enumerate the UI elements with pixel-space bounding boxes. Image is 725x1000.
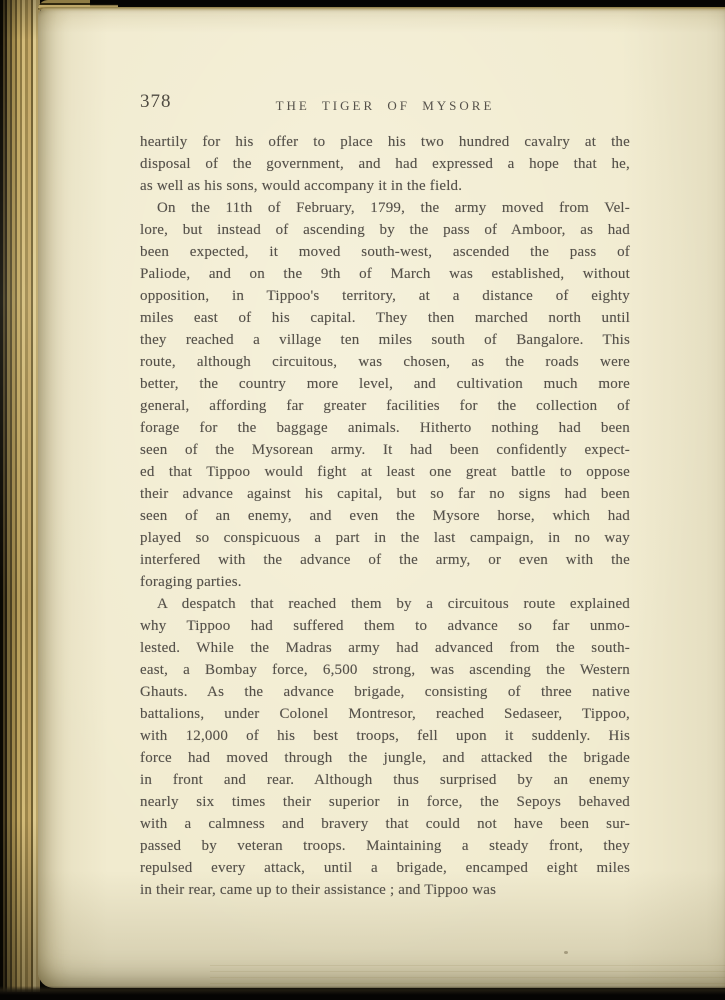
text-line: lested. While the Madras army had advanc…	[140, 637, 630, 659]
text-line: disposal of the government, and had expr…	[140, 153, 630, 175]
text-line: miles east of his capital. They then mar…	[140, 307, 630, 329]
page-text: heartily for his offer to place his two …	[140, 131, 630, 901]
book-page: 378 THE TIGER OF MYSORE heartily for his…	[38, 7, 725, 988]
text-line: ed that Tippoo would fight at least one …	[140, 461, 630, 483]
text-line: better, the country more level, and cult…	[140, 373, 630, 395]
text-line: with a calmness and bravery that could n…	[140, 813, 630, 835]
running-title: THE TIGER OF MYSORE	[140, 98, 630, 114]
text-line: why Tippoo had suffered them to advance …	[140, 615, 630, 637]
paragraph: A despatch that reached them by a circui…	[140, 593, 630, 901]
page-bottom-edges	[210, 960, 725, 988]
text-line: battalions, under Colonel Montresor, rea…	[140, 703, 630, 725]
text-line: force had moved through the jungle, and …	[140, 747, 630, 769]
text-line: in their rear, came up to their assistan…	[140, 879, 630, 901]
text-line: forage for the baggage animals. Hitherto…	[140, 417, 630, 439]
text-line: interfered with the advance of the army,…	[140, 549, 630, 571]
text-line: with 12,000 of his best troops, fell upo…	[140, 725, 630, 747]
text-line: they reached a village ten miles south o…	[140, 329, 630, 351]
text-line: A despatch that reached them by a circui…	[140, 593, 630, 615]
book-photo: 378 THE TIGER OF MYSORE heartily for his…	[0, 0, 725, 1000]
paragraph: heartily for his offer to place his two …	[140, 131, 630, 197]
text-line: foraging parties.	[140, 571, 630, 593]
text-line: their advance against his capital, but s…	[140, 483, 630, 505]
text-line: route, although circuitous, was chosen, …	[140, 351, 630, 373]
paper-speck	[564, 951, 568, 954]
text-line: opposition, in Tippoo's territory, at a …	[140, 285, 630, 307]
text-line: seen of the Mysorean army. It had been c…	[140, 439, 630, 461]
text-line: Ghauts. As the advance brigade, consisti…	[140, 681, 630, 703]
text-line: east, a Bombay force, 6,500 strong, was …	[140, 659, 630, 681]
text-line: as well as his sons, would accompany it …	[140, 175, 630, 197]
text-line: general, affording far greater facilitie…	[140, 395, 630, 417]
text-line: lore, but instead of ascending by the pa…	[140, 219, 630, 241]
book-page-edges	[0, 0, 40, 992]
text-line: in front and rear. Although thus surpris…	[140, 769, 630, 791]
bottom-shadow-band	[0, 986, 725, 1000]
text-line: played so conspicuous a part in the last…	[140, 527, 630, 549]
text-line: nearly six times their superior in force…	[140, 791, 630, 813]
text-line: been expected, it moved south-west, asce…	[140, 241, 630, 263]
text-line: heartily for his offer to place his two …	[140, 131, 630, 153]
text-line: seen of an enemy, and even the Mysore ho…	[140, 505, 630, 527]
text-line: repulsed every attack, until a brigade, …	[140, 857, 630, 879]
top-shadow-band	[90, 0, 725, 7]
text-line: Paliode, and on the 9th of March was est…	[140, 263, 630, 285]
text-line: passed by veteran troops. Maintaining a …	[140, 835, 630, 857]
paragraph: On the 11th of February, 1799, the army …	[140, 197, 630, 593]
text-line: On the 11th of February, 1799, the army …	[140, 197, 630, 219]
